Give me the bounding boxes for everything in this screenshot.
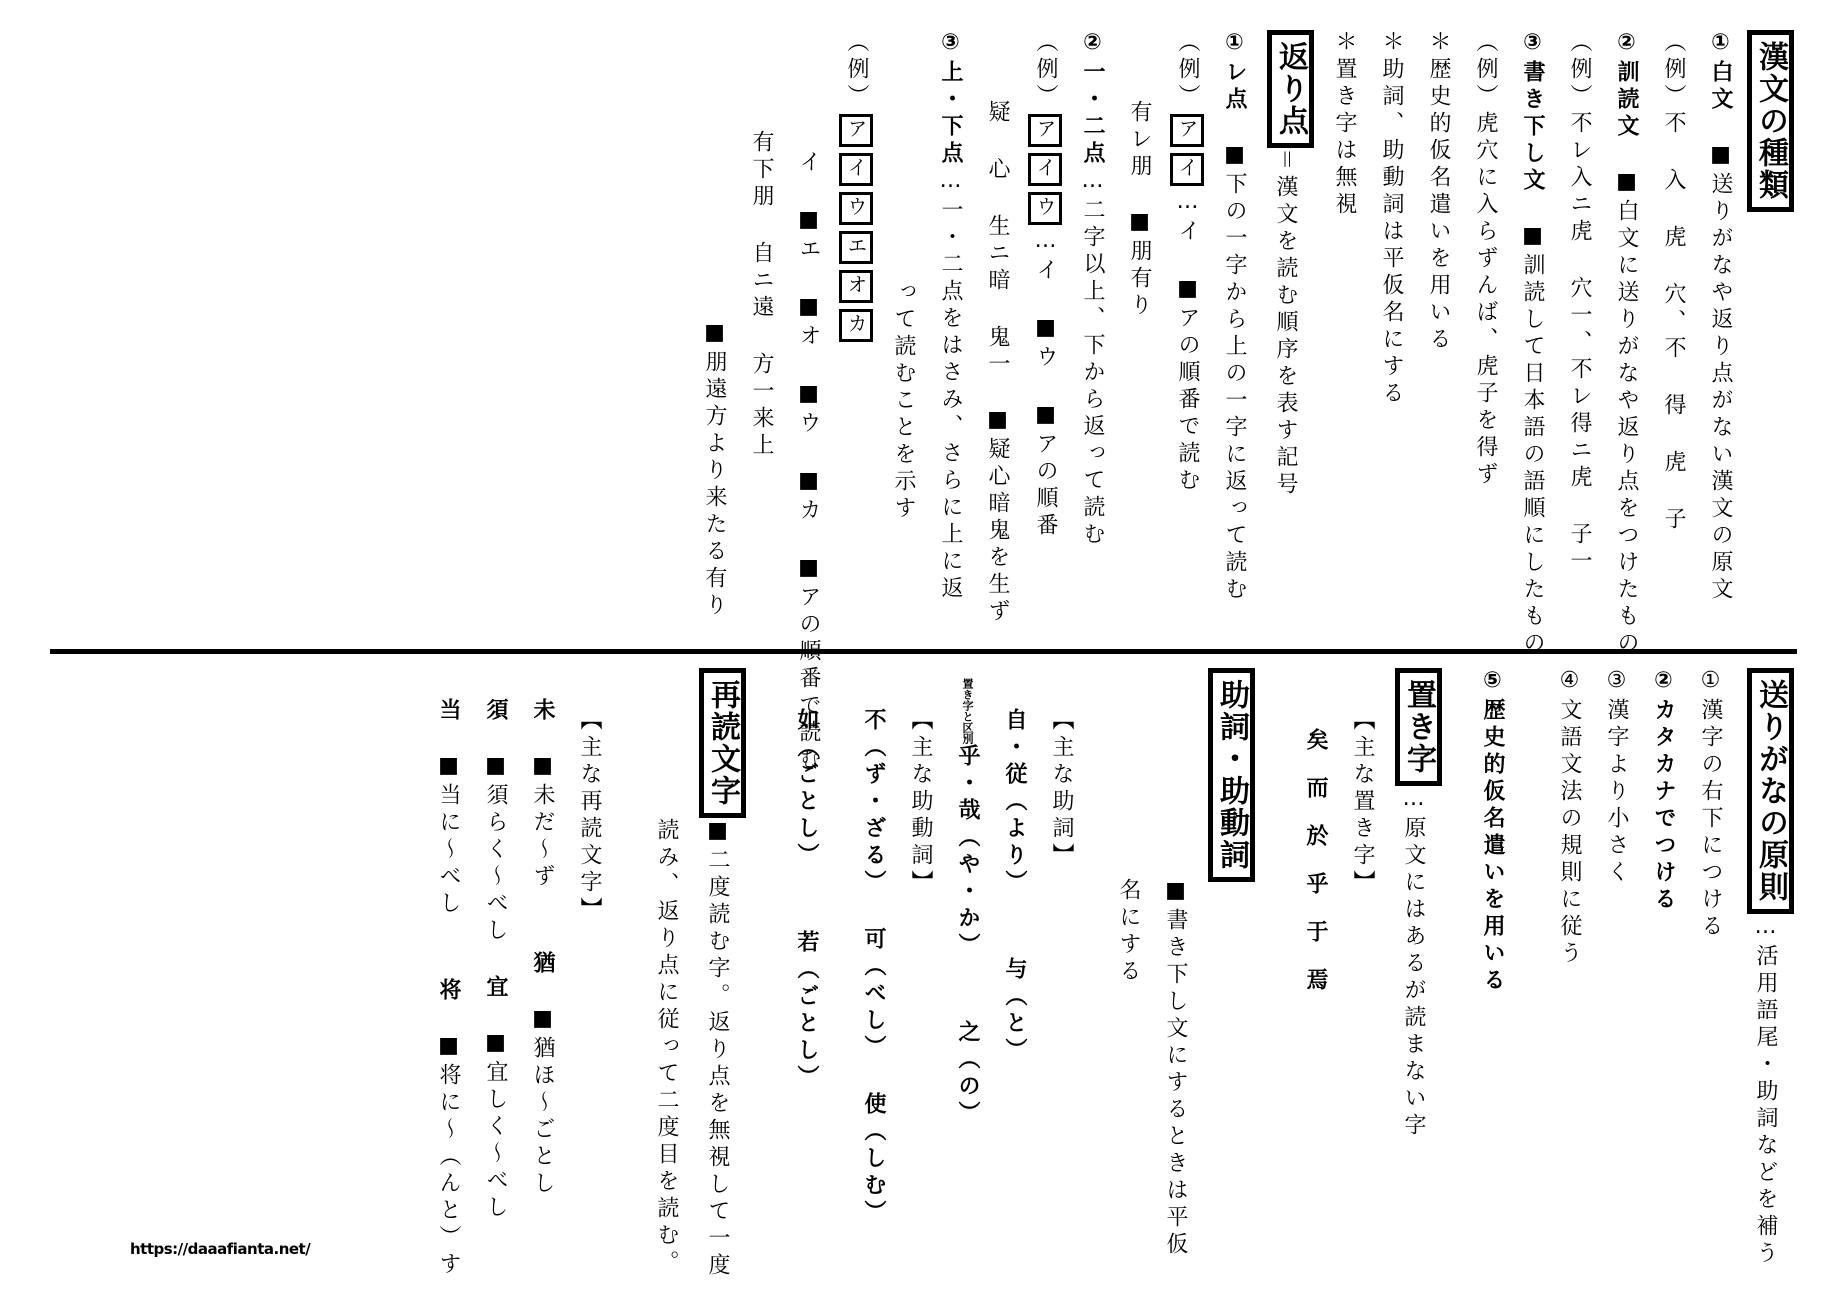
kaeriten-3-desc-cont: って読むことを示す [887, 30, 920, 523]
section-title-joshi: 助詞・助動詞 [1208, 668, 1255, 882]
okurigana-rule-1: ①漢字の右下につける [1694, 668, 1727, 941]
bottom-half: 送りがなの原則 …活用語尾・助詞などを補う ①漢字の右下につける ②カタカナでつ… [50, 668, 1794, 1278]
saidoku-row-3: 当■当に～べし将■将に～（んと）す [432, 668, 465, 1279]
kaeriten-2-sample: 疑 心 生ニ暗 鬼一■疑心暗鬼を生ず [981, 30, 1014, 626]
okiji-list-label: 【主な置き字】 [1346, 668, 1379, 897]
kaeriten-2: ②一・二点…二字以上、下から返って読む [1076, 30, 1109, 549]
okurigana-rule-5: ⑤歴史的仮名遣いを用いる [1476, 668, 1509, 995]
kanbun-type-2-example: （例）不レ入ニ虎 穴一、不レ得ニ虎 子一 [1563, 30, 1596, 576]
section-title-kanbun-types: 漢文の種類 [1747, 30, 1794, 212]
particles-row-2: 置き字と区別乎・哉（や・か）之（の） [951, 668, 984, 1128]
kanbun-type-1-example: （例）不 入 虎 穴、不 得 虎 子 [1657, 30, 1690, 534]
kaeriten-1-example: （例）アイ…イ ■アの順番で読む [1170, 30, 1204, 495]
particles-row-1: 自・従（より）与（と） [998, 668, 1031, 1065]
joshi-definition-cont: 名にする [1112, 668, 1145, 986]
kanbun-type-3: ③書き下し文■訓読して日本語の語順にしたもの [1516, 30, 1549, 658]
saidoku-definition: ■二度読む字。返り点を無視して一度 [701, 818, 734, 1280]
kanbun-type-1: ①白文■送りがなや返り点がない漢文の原文 [1704, 30, 1737, 604]
section-title-saidoku: 再読文字 [699, 668, 746, 818]
saidoku-list-label: 【主な再読文字】 [573, 668, 606, 924]
kaeriten-3-reading: ■朋遠方より来たる有り [698, 30, 731, 620]
kanbun-type-3-example: （例）虎穴に入らずんば、虎子を得ず [1469, 30, 1502, 489]
aux-label: 【主な助動詞】 [904, 668, 937, 897]
okurigana-rule-2: ②カタカナでつける [1647, 668, 1680, 914]
kaeriten-1-sample: 有レ朋■朋有り [1123, 30, 1156, 320]
kaeriten-3: ③上・下点…一・二点をはさみ、さらに上に返 [934, 30, 967, 603]
section-title-kaeriten: 返り点 [1267, 30, 1314, 148]
okurigana-definition: …活用語尾・助詞などを補う [1749, 914, 1782, 1268]
source-url-link[interactable]: https://daaafianta.net/ [130, 1240, 310, 1258]
joshi-heading: 助詞・助動詞 [1198, 668, 1255, 882]
kanbun-type-2: ②訓読文■白文に送りがなや返り点をつけたもの [1610, 30, 1643, 658]
okiji-chars: 矣而於乎于焉 [1299, 668, 1332, 1016]
saidoku-heading: 再読文字 ■二度読む字。返り点を無視して一度 [689, 668, 746, 1280]
saidoku-row-1: 未■未だ～ず猶■猶ほ～ごとし [526, 668, 559, 1198]
aux-row-1: 不（ず・ざる）可（べし）使（しむ） [857, 668, 890, 1227]
saidoku-definition-cont: 読み、返り点に従って二度目を読む。 [650, 668, 683, 1277]
box-i: イ [1170, 153, 1204, 186]
kaeriten-3-order: イ ■エ ■オ ■ウ ■カ ■アの順番で読む [792, 30, 825, 774]
kaeriten-1: ①レ点■下の一字から上の一字に返って読む [1218, 30, 1251, 604]
top-half: 漢文の種類 ①白文■送りがなや返り点がない漢文の原文 （例）不 入 虎 穴、不 … [50, 30, 1794, 640]
kaeriten-heading: 返り点 ＝漢文を読む順序を表す記号 [1257, 30, 1314, 499]
okiji-distinction-note: 置き字と区別 [961, 678, 974, 744]
joshi-definition: ■書き下し文にするときは平仮 [1159, 668, 1192, 1259]
kaeriten-3-sample: 有下朋 自ニ遠 方一来上 [745, 30, 778, 460]
kaeriten-3-example: （例）アイウエオカ [839, 30, 873, 345]
okiji-heading: 置き字 …原文にはあるが読まない字 [1385, 668, 1442, 1140]
saidoku-row-2: 須■須らく～べし宜■宜しく～べし [479, 668, 512, 1222]
kanbun-note-1: ＊歴史的仮名遣いを用いる [1422, 30, 1455, 354]
okurigana-rule-3: ③漢字より小さく [1600, 668, 1633, 887]
okurigana-rule-4: ④文語文法の規則に従う [1553, 668, 1586, 968]
kanbun-note-3: ＊置き字は無視 [1328, 30, 1361, 219]
section-divider [50, 649, 1797, 654]
kaeriten-2-example: （例）アイウ…イ ■ウ ■アの順番 [1028, 30, 1062, 540]
okiji-definition: …原文にはあるが読まない字 [1397, 786, 1430, 1140]
okurigana-heading: 送りがなの原則 …活用語尾・助詞などを補う [1737, 668, 1794, 1268]
kaeriten-definition: ＝漢文を読む順序を表す記号 [1269, 148, 1302, 499]
kanbun-note-2: ＊助詞、助動詞は平仮名にする [1375, 30, 1408, 408]
box-a: ア [1170, 114, 1204, 147]
section-title-okurigana: 送りがなの原則 [1747, 668, 1794, 914]
aux-row-2: 如（ごとし）若（ごとし） [790, 668, 823, 1092]
particles-label: 【主な助詞】 [1045, 668, 1078, 870]
section-title-okiji: 置き字 [1395, 668, 1442, 786]
